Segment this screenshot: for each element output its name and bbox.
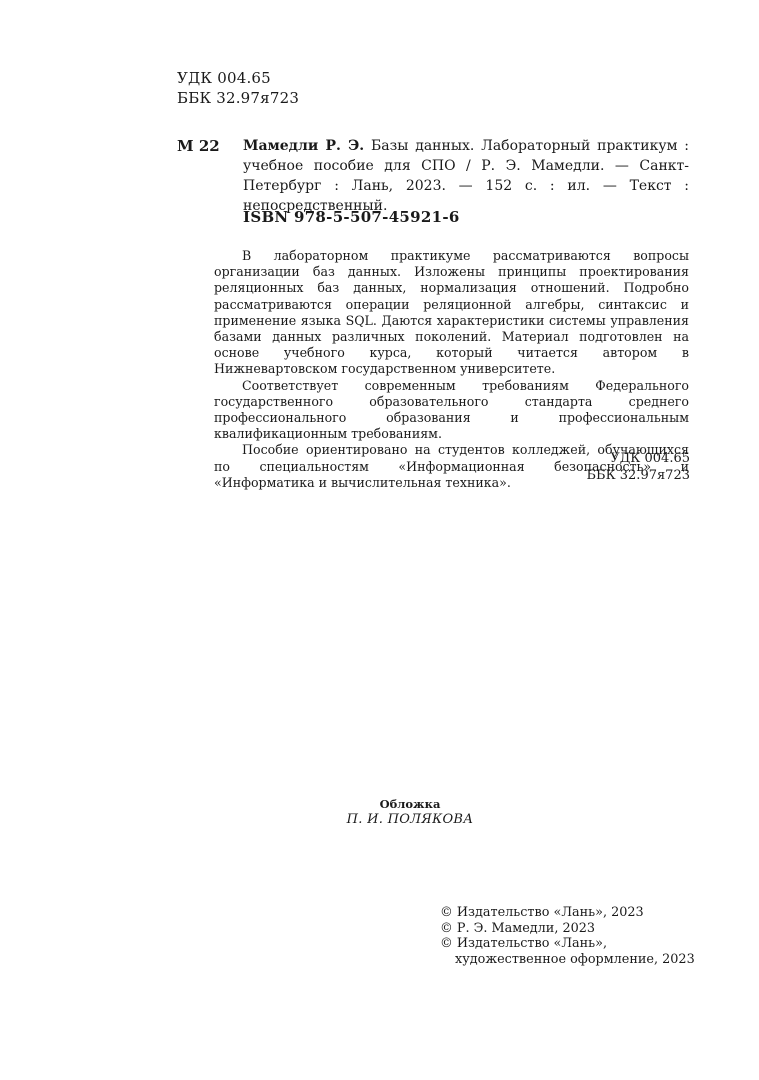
cover-credit: Обложка П. И. ПОЛЯКОВА	[330, 797, 490, 827]
bibliographic-entry: Мамедли Р. Э. Базы данных. Лабораторный …	[243, 136, 689, 216]
bbk-code: ББК 32.97я723	[177, 88, 299, 108]
isbn: ISBN 978-5-507-45921-6	[243, 208, 460, 226]
copyright-line: © Издательство «Лань»,	[440, 936, 695, 952]
udk-code: УДК 004.65	[586, 450, 690, 467]
cover-artist: П. И. ПОЛЯКОВА	[330, 812, 490, 827]
classification-codes-bottom: УДК 004.65 ББК 32.97я723	[586, 450, 690, 484]
copyright-block: © Издательство «Лань», 2023 © Р. Э. Маме…	[440, 905, 695, 967]
copyright-line: художественное оформление, 2023	[440, 952, 695, 968]
udk-code: УДК 004.65	[177, 68, 299, 88]
copyright-line: © Издательство «Лань», 2023	[440, 905, 695, 921]
annotation-paragraph: Соответствует современным требованиям Фе…	[214, 378, 689, 443]
copyright-line: © Р. Э. Мамедли, 2023	[440, 921, 695, 937]
author-sign: М 22	[177, 136, 220, 156]
cover-label: Обложка	[330, 797, 490, 812]
bibliographic-record: М 22 Мамедли Р. Э. Базы данных. Лаборато…	[177, 136, 689, 216]
author-name: Мамедли Р. Э.	[243, 138, 364, 154]
annotation-paragraph: В лабораторном практикуме рассматриваютс…	[214, 248, 689, 378]
bbk-code: ББК 32.97я723	[586, 467, 690, 484]
classification-codes-top: УДК 004.65 ББК 32.97я723	[177, 68, 299, 108]
